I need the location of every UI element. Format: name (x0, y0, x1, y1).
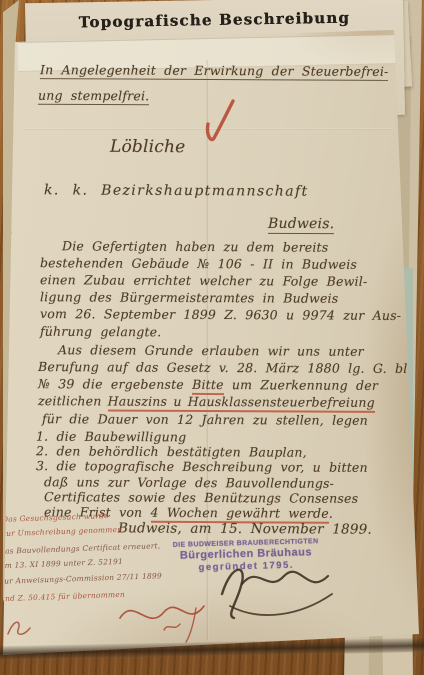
red-checkmark (202, 98, 238, 146)
body-text: . (329, 506, 333, 521)
list-item: 3. die topografische Beschreibung vor, u… (36, 459, 368, 475)
body-line: Die Gefertigten haben zu dem bereits (62, 239, 328, 255)
salutation-authority: k. k. Bezirkshauptmannschaft (44, 182, 309, 199)
subject-text: In Angelegenheit der Erwirkung der Steue… (40, 63, 389, 81)
margin-note: zur Umschreibung genommen (2, 526, 122, 538)
body-line: für die Dauer von 12 Jahren zu stellen, … (42, 412, 368, 428)
salutation-honorific: Löbliche (110, 138, 186, 158)
printed-fraktur-heading: Topografische Beschreibung (25, 8, 403, 33)
subject-text: ung stempelfrei. (38, 89, 149, 106)
place-text: Budweis. (268, 216, 334, 234)
body-text: № 39 die ergebenste (38, 376, 192, 392)
red-flourish (4, 614, 34, 640)
salutation-place: Budweis. (268, 216, 334, 234)
margin-note: zur Anweisungs-Commission 27/11 1899 (0, 572, 162, 585)
underlined-steuerbefreiung: Hauszins u Hausklassensteuerbefreiung (108, 394, 375, 413)
body-line: vom 26. September 1899 Z. 9630 u 9974 zu… (40, 307, 401, 323)
body-line: bestehenden Gebäude № 106 - II in Budwei… (40, 256, 357, 272)
red-signature (108, 588, 223, 646)
margin-note: das Bauvollendungs Certificat erneuert, (0, 542, 160, 555)
body-line: ligung des Bürgermeisteramtes in Budweis (40, 290, 338, 306)
ink-signature (208, 554, 343, 624)
margin-note: am 13. XI 1899 unter Z. 52191 (0, 558, 123, 570)
margin-note: und Z. 50.415 für übernommen (0, 591, 125, 603)
body-text: um Zuerkennung der (224, 377, 378, 393)
body-line: Aus diesem Grunde erlauben wir uns unter (58, 343, 364, 359)
body-text: zeitlichen (38, 393, 108, 408)
body-line: führung gelangte. (40, 325, 162, 340)
body-line: Berufung auf das Gesetz v. 28. März 1880… (38, 360, 412, 376)
subject-line-1: In Angelegenheit der Erwirkung der Steue… (40, 63, 389, 81)
underlined-bitte: Bitte (192, 378, 224, 396)
letter-sheet: In Angelegenheit der Erwirkung der Steue… (0, 0, 424, 675)
subject-line-2: ung stempelfrei. (38, 89, 149, 106)
body-line: einen Zubau errichtet welcher zu Folge B… (40, 273, 367, 289)
photo-of-document: Topografische Beschreibung In Angelegenh… (0, 0, 424, 675)
dateline: Budweis, am 15. November 1899. (118, 521, 372, 538)
body-line-befreiung: zeitlichen Hauszins u Hausklassensteuerb… (38, 394, 375, 413)
